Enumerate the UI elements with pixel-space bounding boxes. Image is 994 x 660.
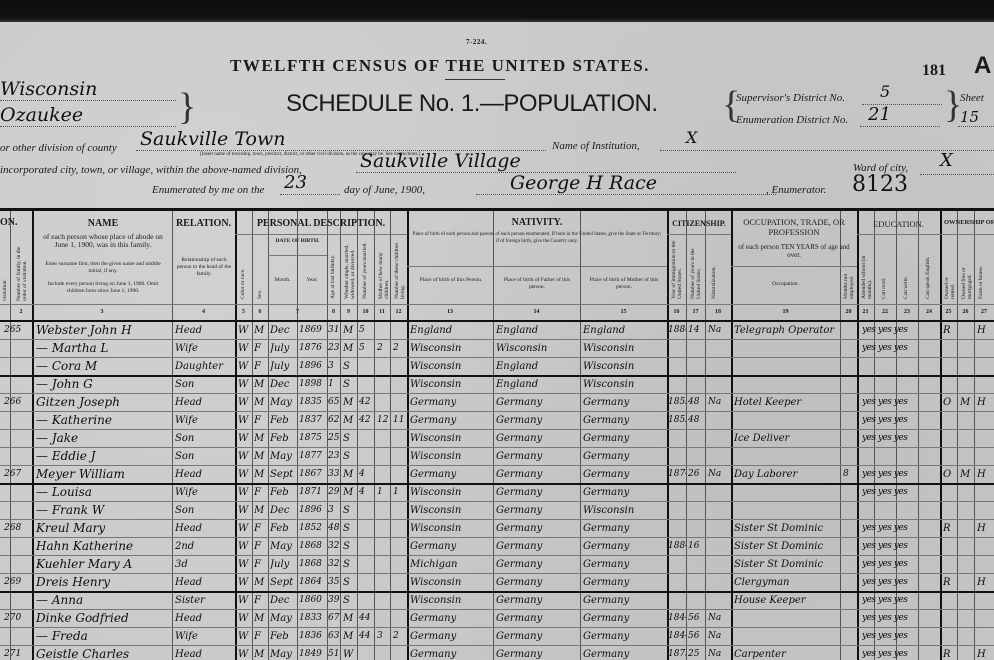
age-header: Age at last birthday. — [330, 241, 336, 299]
mother-of — [377, 646, 390, 660]
sex: F — [254, 358, 268, 375]
col-number: 24 — [918, 309, 940, 315]
relation: Head — [175, 610, 235, 627]
dwelling-number — [4, 628, 32, 645]
person-name: Kreul Mary — [36, 520, 172, 537]
supervisor-value: 5 — [880, 82, 890, 101]
sex: M — [254, 574, 268, 591]
farm-or-house — [977, 538, 994, 555]
schedule-title: SCHEDULE No. 1.—POPULATION. — [286, 90, 657, 118]
relation: 3d — [175, 556, 235, 573]
years-in-us: 14 — [688, 322, 705, 339]
person-name: Dreis Henry — [36, 574, 172, 591]
father-birthplace: Germany — [496, 538, 580, 555]
owned-rented — [943, 556, 957, 573]
marital-status: S — [343, 556, 357, 573]
sex: M — [254, 376, 268, 393]
years-in-us: 25 — [688, 646, 705, 660]
years-married: 4 — [359, 484, 374, 501]
age: 32 — [328, 556, 340, 573]
children-living: 11 — [393, 412, 407, 429]
nativity-subheader: Place of birth of each person and parent… — [412, 231, 662, 245]
education: yes yes yes — [862, 520, 940, 537]
years-in-us: 16 — [688, 538, 705, 555]
mortgage — [960, 322, 974, 339]
months-unemployed — [843, 574, 857, 591]
immigration-year: 1886 — [668, 322, 686, 339]
person-name: — John G — [36, 376, 172, 393]
years-in-us — [688, 502, 705, 519]
father-birthplace: England — [496, 322, 580, 339]
age: 65 — [328, 394, 340, 411]
marital-status: M — [343, 322, 357, 339]
birth-year: 1869 — [299, 322, 327, 339]
years-in-us — [688, 448, 705, 465]
mother-birthplace: Germany — [583, 484, 667, 501]
enumerator-name: George H Race — [510, 172, 657, 194]
birth-year: 1875 — [299, 430, 327, 447]
months-unemployed — [843, 412, 857, 429]
owned-rented — [943, 376, 957, 393]
birth-year: 1898 — [299, 376, 327, 393]
can-speak-english-header: Can speak English. — [925, 255, 931, 299]
relation: Head — [175, 646, 235, 660]
father-birthplace: England — [496, 376, 580, 393]
relation: Wife — [175, 412, 235, 429]
birthplace: Wisconsin — [410, 574, 493, 591]
marital-status: M — [343, 394, 357, 411]
children-living — [393, 556, 407, 573]
months-unemployed — [843, 538, 857, 555]
owned-rented-header: Owned or rented. — [944, 261, 956, 299]
col-number: 15 — [580, 309, 667, 315]
age: 48 — [328, 520, 340, 537]
enumeration-district-label: Enumeration District No. — [736, 114, 848, 126]
mother-birthplace: Germany — [583, 592, 667, 609]
birth-year: 1833 — [299, 610, 327, 627]
birth-month: May — [270, 448, 297, 465]
mortgage — [960, 556, 974, 573]
color: W — [238, 376, 252, 393]
enumeration-district-value: 21 — [868, 104, 891, 125]
mother-birthplace: Germany — [583, 394, 667, 411]
can-read-header: Can read. — [881, 273, 887, 299]
birthplace: Germany — [410, 466, 493, 483]
years-in-us: 48 — [688, 412, 705, 429]
children-living — [393, 358, 407, 375]
years-in-us — [688, 484, 705, 501]
mother-of: 2 — [377, 340, 390, 357]
sex: M — [254, 610, 268, 627]
owned-rented — [943, 358, 957, 375]
sex: M — [254, 646, 268, 660]
years-married: 4 — [359, 466, 374, 483]
months-unemployed — [843, 394, 857, 411]
month-header: Month. — [268, 277, 297, 284]
years-married — [359, 376, 374, 393]
col-number: 26 — [957, 309, 974, 315]
nativity-header: NATIVITY. — [407, 217, 667, 228]
naturalization — [708, 430, 731, 447]
dwelling-number — [4, 430, 32, 447]
years-married — [359, 430, 374, 447]
division-value: Saukville Town — [140, 128, 285, 150]
col-number: 7 — [268, 309, 327, 315]
dwelling-number — [4, 412, 32, 429]
immigration-year — [668, 376, 686, 393]
birth-year: 1877 — [299, 448, 327, 465]
table-row: — Frank W Son W M Dec 1896 3 S Wisconsin… — [0, 501, 994, 519]
age: 39 — [328, 592, 340, 609]
immigration-year — [668, 592, 686, 609]
relation: Son — [175, 376, 235, 393]
birthplace: Wisconsin — [410, 376, 493, 393]
sex: M — [254, 466, 268, 483]
farm-or-house: H — [977, 520, 994, 537]
farm-or-house — [977, 448, 994, 465]
mother-of — [377, 448, 390, 465]
table-row: 268 Kreul Mary Head W F Feb 1852 48 S Wi… — [0, 519, 994, 537]
state-value: Wisconsin — [0, 78, 97, 100]
attended-school-header: Attended school (in months). — [861, 239, 873, 299]
occupation — [734, 628, 840, 645]
page-number: 181 — [922, 62, 946, 80]
months-unemployed — [843, 646, 857, 660]
naturalization-header: Naturalization. — [711, 259, 717, 299]
farm-or-house — [977, 376, 994, 393]
children-living — [393, 610, 407, 627]
birth-month: Feb — [270, 628, 297, 645]
children-living — [393, 538, 407, 555]
location-header-partial: ON. — [0, 217, 32, 228]
ward-value: X — [940, 150, 953, 171]
mortgage: M — [960, 466, 974, 483]
marital-status: S — [343, 520, 357, 537]
birth-year: 1896 — [299, 358, 327, 375]
table-row: — Freda Wife W F Feb 1836 63 M 44 3 2 Ge… — [0, 627, 994, 645]
birthplace: Wisconsin — [410, 430, 493, 447]
owned-rented — [943, 592, 957, 609]
birthplace: Germany — [410, 412, 493, 429]
owned-rented — [943, 628, 957, 645]
mother-of — [377, 466, 390, 483]
marital-status: M — [343, 340, 357, 357]
children-living: 2 — [393, 628, 407, 645]
years-in-us — [688, 574, 705, 591]
birth-month: July — [270, 358, 297, 375]
col-number: 9 — [340, 309, 357, 315]
occupation — [734, 340, 840, 357]
months-unemployed — [843, 628, 857, 645]
farm-or-house — [977, 592, 994, 609]
birth-month: Feb — [270, 520, 297, 537]
farm-or-house: H — [977, 646, 994, 660]
occupation-subheader: of each person TEN YEARS of age and over… — [736, 243, 852, 259]
owned-rented: O — [943, 466, 957, 483]
birth-month: Feb — [270, 430, 297, 447]
birthplace: Germany — [410, 610, 493, 627]
color: W — [238, 412, 252, 429]
table-row: 266 Gitzen Joseph Head W M May 1835 65 M… — [0, 393, 994, 411]
years-in-us: 48 — [688, 394, 705, 411]
immigration-year-header: Year of immigration to the United States… — [671, 239, 683, 299]
color: W — [238, 556, 252, 573]
occupation: Carpenter — [734, 646, 840, 660]
birthplace: Wisconsin — [410, 340, 493, 357]
relation-header: RELATION. — [172, 218, 235, 229]
color: W — [238, 520, 252, 537]
age: 25 — [328, 430, 340, 447]
mother-birthplace: Germany — [583, 520, 667, 537]
education: yes yes yes — [862, 610, 940, 627]
birthplace: Wisconsin — [410, 484, 493, 501]
col-number: 27 — [974, 309, 994, 315]
occupation — [734, 358, 840, 375]
mother-of — [377, 394, 390, 411]
education: yes yes yes — [862, 646, 940, 660]
marital-status: M — [343, 484, 357, 501]
birth-month: May — [270, 394, 297, 411]
months-unemployed — [843, 592, 857, 609]
dwelling-number — [4, 556, 32, 573]
mother-of — [377, 430, 390, 447]
immigration-year — [668, 430, 686, 447]
farm-or-house: H — [977, 574, 994, 591]
birth-month: July — [270, 340, 297, 357]
city-label: incorporated city, town, or village, wit… — [0, 164, 302, 176]
marital-status: M — [343, 466, 357, 483]
dwelling-number: 269 — [4, 574, 32, 591]
age: 67 — [328, 610, 340, 627]
age: 35 — [328, 574, 340, 591]
color: W — [238, 538, 252, 555]
relation: Wife — [175, 628, 235, 645]
naturalization — [708, 448, 731, 465]
years-married — [359, 556, 374, 573]
naturalization: Na — [708, 466, 731, 483]
children-living — [393, 502, 407, 519]
can-write-header: Can write. — [903, 273, 909, 299]
year-header: Year. — [297, 277, 327, 284]
ownership-header: OWNERSHIP OF H — [940, 219, 994, 226]
occupation: Sister St Dominic — [734, 538, 840, 555]
mortgage — [960, 628, 974, 645]
children-living — [393, 466, 407, 483]
years-in-us — [688, 358, 705, 375]
months-unemployed — [843, 520, 857, 537]
mortgage — [960, 574, 974, 591]
father-birthplace: Germany — [496, 412, 580, 429]
mortgage — [960, 520, 974, 537]
mortgage — [960, 340, 974, 357]
birth-mother-header: Place of birth of Mother of this person. — [584, 277, 664, 291]
dwelling-number: 267 — [4, 466, 32, 483]
enumerated-month-year: day of June, 1900, — [344, 184, 425, 196]
farm-house-header: Farm or house. — [978, 261, 984, 299]
farm-or-house — [977, 412, 994, 429]
sheet-label: Sheet — [960, 92, 984, 104]
naturalization: Na — [708, 646, 731, 660]
immigration-year: 1875 — [668, 646, 686, 660]
table-row: — Katherine Wife W F Feb 1837 62 M 42 12… — [0, 411, 994, 429]
occupation: Sister St Dominic — [734, 556, 840, 573]
education: yes yes yes — [862, 574, 940, 591]
age: 3 — [328, 358, 340, 375]
birth-year: 1860 — [299, 592, 327, 609]
dwelling-number: 265 — [4, 322, 32, 339]
age: 23 — [328, 340, 340, 357]
years-in-us — [688, 376, 705, 393]
dwelling-number: 271 — [4, 646, 32, 660]
naturalization — [708, 520, 731, 537]
birthplace: Wisconsin — [410, 448, 493, 465]
years-married — [359, 574, 374, 591]
mother-of — [377, 322, 390, 339]
table-row: — Cora M Daughter W F July 1896 3 S Wisc… — [0, 357, 994, 375]
years-married — [359, 646, 374, 660]
immigration-year: 1852 — [668, 412, 686, 429]
dwelling-number — [4, 502, 32, 519]
birthplace: Michigan — [410, 556, 493, 573]
sheet-value: 15 — [960, 108, 979, 126]
mortgage — [960, 430, 974, 447]
name-subheader: of each person whose place of abode on J… — [40, 233, 166, 249]
owned-rented: R — [943, 574, 957, 591]
birth-year: 1868 — [299, 556, 327, 573]
months-unemployed — [843, 358, 857, 375]
mother-of — [377, 502, 390, 519]
sex: F — [254, 628, 268, 645]
years-in-us: 26 — [688, 466, 705, 483]
mother-of — [377, 376, 390, 393]
table-row: 269 Dreis Henry Head W M Sept 1864 35 S … — [0, 573, 994, 591]
dwelling-number — [4, 484, 32, 501]
immigration-year — [668, 574, 686, 591]
mother-birthplace: Germany — [583, 538, 667, 555]
col-number: 4 — [172, 309, 235, 315]
mother-of: 3 — [377, 628, 390, 645]
age: 1 — [328, 376, 340, 393]
color: W — [238, 502, 252, 519]
birthplace: Wisconsin — [410, 592, 493, 609]
naturalization — [708, 358, 731, 375]
mother-birthplace: Germany — [583, 610, 667, 627]
mother-of: 12 — [377, 412, 390, 429]
table-row: 271 Geistle Charles Head W M May 1849 51… — [0, 645, 994, 660]
naturalization — [708, 412, 731, 429]
education — [862, 502, 940, 519]
mortgage — [960, 412, 974, 429]
col-number: 2 — [10, 309, 32, 315]
marital-status: M — [343, 610, 357, 627]
mother-birthplace: Wisconsin — [583, 358, 667, 375]
sex: F — [254, 592, 268, 609]
months-unemployed — [843, 484, 857, 501]
father-birthplace: England — [496, 358, 580, 375]
col-number: 19 — [731, 309, 840, 315]
mortgage — [960, 610, 974, 627]
owned-rented — [943, 430, 957, 447]
birth-year: 1868 — [299, 538, 327, 555]
mother-birthplace: Germany — [583, 448, 667, 465]
education: yes yes yes — [862, 538, 940, 555]
months-unemployed: 8 — [843, 466, 857, 483]
birth-year: 1876 — [299, 340, 327, 357]
children-living: 2 — [393, 340, 407, 357]
person-name: — Martha L — [36, 340, 172, 357]
father-birthplace: Germany — [496, 592, 580, 609]
table-row: — Louisa Wife W F Feb 1871 29 M 4 1 1 Wi… — [0, 483, 994, 501]
dwelling-number: 270 — [4, 610, 32, 627]
farm-or-house — [977, 556, 994, 573]
person-name: Kuehler Mary A — [36, 556, 172, 573]
owned-rented — [943, 412, 957, 429]
father-birthplace: Germany — [496, 628, 580, 645]
mother-birthplace: England — [583, 322, 667, 339]
birth-month: Dec — [270, 376, 297, 393]
col-number: 25 — [940, 309, 957, 315]
birthplace: Germany — [410, 394, 493, 411]
table-row: Kuehler Mary A 3d W F July 1868 32 S Mic… — [0, 555, 994, 573]
table-row: — Eddie J Son W M May 1877 23 S Wisconsi… — [0, 447, 994, 465]
marital-status: S — [343, 538, 357, 555]
age: 63 — [328, 628, 340, 645]
education: yes yes yes — [862, 412, 940, 429]
owned-rented — [943, 448, 957, 465]
table-row: — Jake Son W M Feb 1875 25 S Wisconsin G… — [0, 429, 994, 447]
mother-birthplace: Wisconsin — [583, 340, 667, 357]
farm-or-house — [977, 628, 994, 645]
marital-status: S — [343, 430, 357, 447]
color: W — [238, 322, 252, 339]
person-name: Meyer William — [36, 466, 172, 483]
naturalization — [708, 340, 731, 357]
sex: F — [254, 556, 268, 573]
birthplace: England — [410, 322, 493, 339]
birth-year: 1836 — [299, 628, 327, 645]
dwelling-number — [4, 538, 32, 555]
years-married — [359, 502, 374, 519]
immigration-year — [668, 502, 686, 519]
name-note-include: Include every person living on June 1, 1… — [40, 281, 166, 295]
birth-month: May — [270, 538, 297, 555]
mortgage — [960, 592, 974, 609]
sex: F — [254, 340, 268, 357]
father-birthplace: Germany — [496, 610, 580, 627]
sex: M — [254, 502, 268, 519]
col-number: 11 — [374, 309, 390, 315]
table-row: 270 Dinke Godfried Head W M May 1833 67 … — [0, 609, 994, 627]
dwelling-number: 266 — [4, 394, 32, 411]
person-name: Dinke Godfried — [36, 610, 172, 627]
age: 51 — [328, 646, 340, 660]
father-birthplace: Germany — [496, 574, 580, 591]
occupation: Ice Deliver — [734, 430, 840, 447]
immigration-year: 1874 — [668, 466, 686, 483]
age: 32 — [328, 538, 340, 555]
birthplace: Wisconsin — [410, 358, 493, 375]
father-birthplace: Germany — [496, 646, 580, 660]
relation: Sister — [175, 592, 235, 609]
birth-month: Feb — [270, 484, 297, 501]
naturalization: Na — [708, 322, 731, 339]
name-header: NAME — [34, 218, 172, 229]
birth-month: Dec — [270, 592, 297, 609]
education: yes yes yes — [862, 466, 940, 483]
immigration-year — [668, 556, 686, 573]
age: 31 — [328, 322, 340, 339]
years-married — [359, 358, 374, 375]
